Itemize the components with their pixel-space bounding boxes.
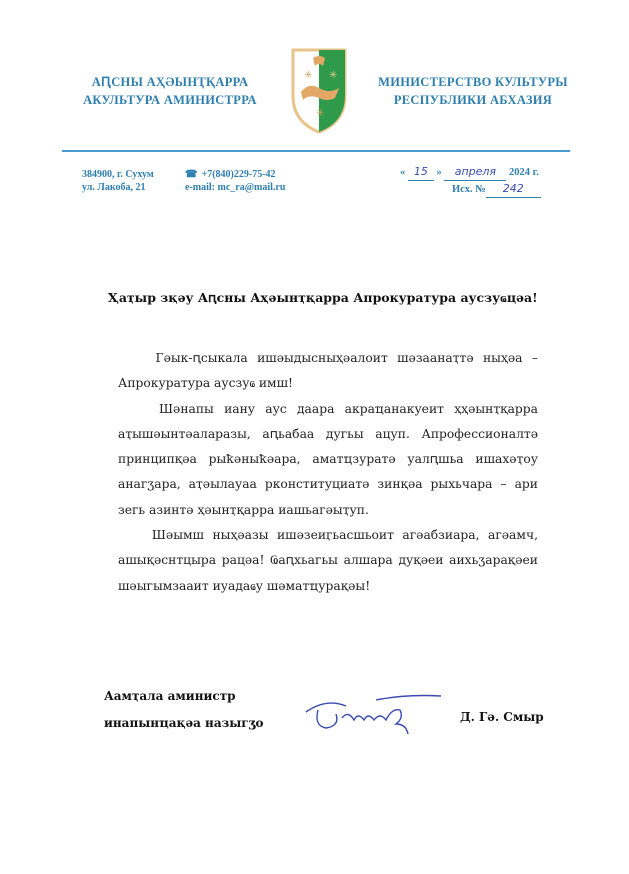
letterhead-abkhaz-line2: АКУЛЬТУРА АМИНИСТРРА xyxy=(70,91,270,109)
paragraph-3: Шәымш ныҳәазы ишәзеиӷьасшьоит агәабзиара… xyxy=(118,523,538,599)
outgoing-number: 242 xyxy=(486,181,541,198)
address-block: 384900, г. Сухум ул. Лакоба, 21 xyxy=(82,168,154,194)
phone-icon: ☎ xyxy=(185,168,199,181)
contact-block: ☎ +7(840)229-75-42 e-mail: mc_ra@mail.ru xyxy=(185,168,285,194)
letterhead-russian: МИНИСТЕРСТВО КУЛЬТУРЫ РЕСПУБЛИКИ АБХАЗИЯ xyxy=(378,73,568,109)
outgoing-label: Исх. № xyxy=(452,184,486,195)
phone-number: +7(840)229-75-42 xyxy=(202,169,276,180)
signatory-title-line2: инапынҵақәа назыгӡо xyxy=(104,710,263,737)
letterhead-abkhaz: АԤСНЫ АҲӘЫНҬҚАРРА АКУЛЬТУРА АМИНИСТРРА xyxy=(70,73,270,109)
date-year: 2024 г. xyxy=(509,167,539,178)
date-block: « 15 » апреля 2024 г. Исх. №242 xyxy=(400,164,541,198)
letterhead-russian-line1: МИНИСТЕРСТВО КУЛЬТУРЫ xyxy=(378,73,568,91)
signatory-name: Д. Гә. Смыр xyxy=(460,710,544,724)
svg-text:✳: ✳ xyxy=(329,70,337,81)
email-address: e-mail: mc_ra@mail.ru xyxy=(185,181,285,194)
quote-close: » xyxy=(437,167,442,178)
svg-text:✳: ✳ xyxy=(304,70,312,81)
letter-body: Гәык-ԥсыкала ишәыдысныҳәалоит шәзаанаҭтә… xyxy=(118,346,538,599)
address-line1: 384900, г. Сухум xyxy=(82,168,154,181)
letter-title: Ҳаҭыр зқәу Аԥсны Аҳәынҭқарра Апрокуратур… xyxy=(108,290,548,306)
address-line2: ул. Лакоба, 21 xyxy=(82,181,154,194)
header-divider xyxy=(62,150,570,152)
letterhead-abkhaz-line1: АԤСНЫ АҲӘЫНҬҚАРРА xyxy=(70,73,270,91)
quote-open: « xyxy=(400,167,405,178)
coat-of-arms-icon: ✳ ✳ ✳ xyxy=(289,44,349,136)
date-day: 15 xyxy=(408,164,434,181)
letterhead-russian-line2: РЕСПУБЛИКИ АБХАЗИЯ xyxy=(378,91,568,109)
svg-text:✳: ✳ xyxy=(316,108,324,119)
paragraph-2: Шәнапы иану аус даара акраҵанакуеит ҳҳәы… xyxy=(118,397,538,523)
paragraph-1: Гәык-ԥсыкала ишәыдысныҳәалоит шәзаанаҭтә… xyxy=(118,346,538,397)
signatory-title-line1: Аамҭала аминистр xyxy=(104,683,263,710)
signatory-title: Аамҭала аминистр инапынҵақәа назыгӡо xyxy=(104,683,263,737)
date-month: апреля xyxy=(444,164,506,181)
handwritten-signature-icon xyxy=(296,690,446,740)
